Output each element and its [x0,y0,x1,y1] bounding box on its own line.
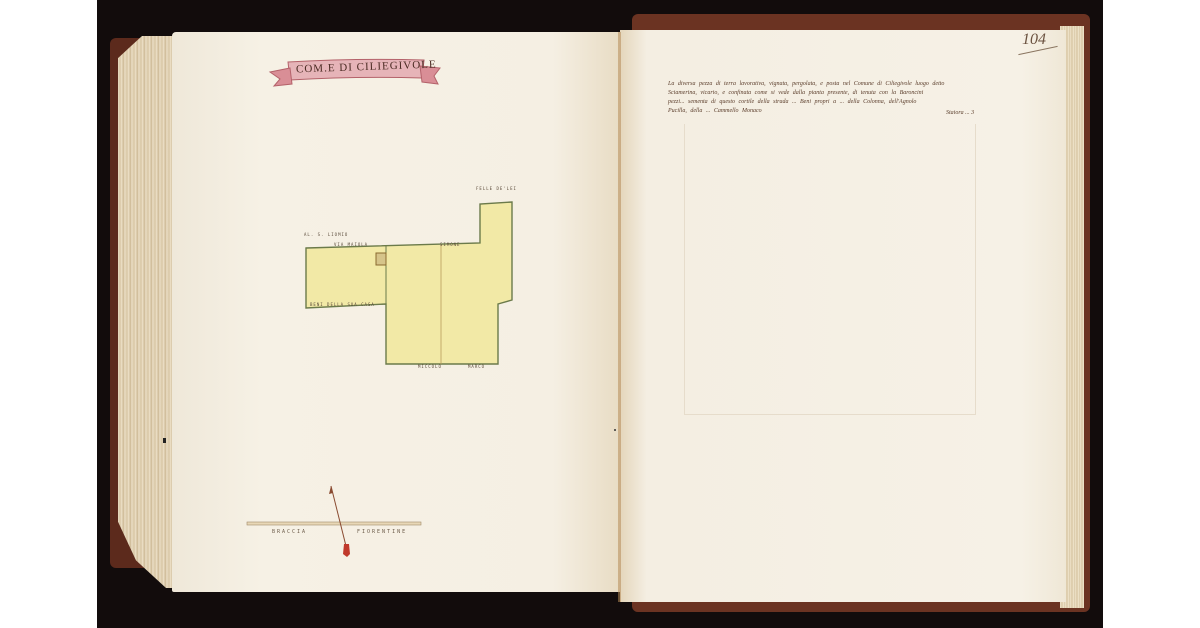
heading-line: Sciamerina, vicario, e confinata come si… [668,89,988,98]
heading-line: Pucilla, della ... Cammello Monaco [668,107,988,116]
heading-line: pezzi... sementa di questo cortile della… [668,98,988,107]
scale-label-left: BRACCIA [272,529,307,535]
map-label-bottom-right: MARCO [468,364,485,369]
estate-map-plan [300,198,520,368]
handwritten-heading: La diversa pezza di terra lavorativa, vi… [668,80,988,116]
folio-number: 104 [1022,31,1046,49]
edge-mark [163,438,166,443]
empty-ruled-frame [684,124,976,415]
heading-margin-note: Staiora ... 3 [946,110,974,116]
map-label-top-right: FELLE DE'LEI [476,186,517,191]
map-label-bottom-center: MICCOLO [418,364,442,369]
map-label-bottom-left: BENI DELLA SUA CASA [310,302,375,307]
scale-bar-compass-icon [245,484,425,559]
book-gutter [618,32,621,602]
map-label-top-middle: SIMONE [440,242,460,247]
page-edges-left [118,36,178,588]
map-label-top-left: AL. S. LIOMIO [304,232,348,237]
map-label-via: VIA MAIOLA [334,242,368,247]
scale-label-right: FIORENTINE [357,529,407,535]
page-mark [614,429,616,431]
heading-line: La diversa pezza di terra lavorativa, vi… [668,80,988,89]
